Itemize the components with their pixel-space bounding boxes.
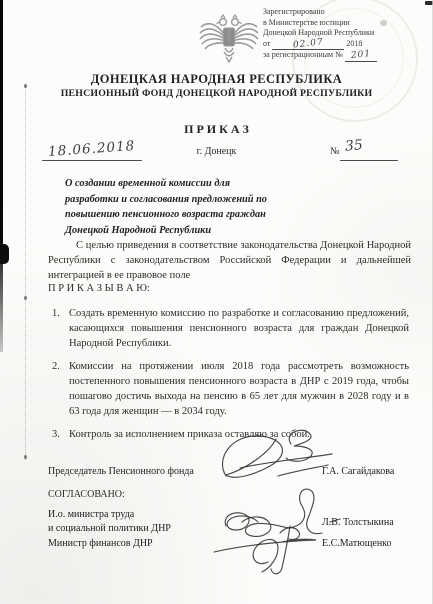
stamp-date-row: от 02.07 2018 bbox=[263, 39, 423, 51]
page-subtitle: ПЕНСИОННЫЙ ФОНД ДОНЕЦКОЙ НАРОДНОЙ РЕСПУБ… bbox=[0, 88, 433, 99]
page-title: ДОНЕЦКАЯ НАРОДНАЯ РЕСПУБЛИКА bbox=[0, 72, 433, 87]
order-item-number: 2. bbox=[52, 359, 69, 419]
stamp-date-year: 2018 bbox=[346, 39, 362, 48]
order-item: 1. Создать временную комиссию по разрабо… bbox=[52, 306, 409, 351]
decree-word: П Р И К А З Ы В А Ю: bbox=[48, 283, 150, 294]
stamp-reg-underline: 201 bbox=[345, 50, 377, 62]
fold-dot bbox=[24, 455, 27, 459]
stamp-reg-number-handwritten: 201 bbox=[350, 49, 371, 62]
minister-finance-label: Министр финансов ДНР bbox=[48, 538, 153, 549]
stamp-line-registered: Зарегистрировано bbox=[263, 7, 423, 18]
minister-labor-label-line1: И.о. министра труда bbox=[48, 508, 171, 522]
order-subject: О создании временной комиссии для разраб… bbox=[65, 176, 325, 238]
doc-type-heading: П Р И К А З bbox=[0, 122, 433, 137]
stamp-reg-prefix: за регистрационным № bbox=[263, 50, 343, 59]
order-preamble: С целью приведения в соответствие законо… bbox=[48, 238, 411, 283]
scan-artifact-left-blob bbox=[0, 244, 9, 264]
order-number-handwritten: 35 bbox=[344, 137, 363, 154]
stamp-line-republic: Донецкой Народной Республики bbox=[263, 28, 423, 39]
stamp-date-handwritten: 02.07 bbox=[293, 37, 325, 51]
order-subject-line: Донецкой Народной Республики bbox=[65, 223, 325, 239]
order-item-number: 1. bbox=[52, 306, 69, 351]
minister-labor-label: И.о. министра труда и социальной политик… bbox=[48, 508, 171, 536]
stamp-line-ministry: в Министерстве юстиции bbox=[263, 18, 423, 29]
order-subject-line: повышению пенсионного возраста граждан bbox=[65, 207, 325, 223]
order-item-number: 3. bbox=[52, 427, 69, 442]
agreed-label: СОГЛАСОВАНО: bbox=[48, 489, 125, 500]
signature-minister-finance bbox=[210, 520, 348, 585]
order-item-text: Комиссии на протяжении июля 2018 года ра… bbox=[69, 359, 409, 419]
fold-crease-line bbox=[25, 86, 26, 460]
order-city: г. Донецк bbox=[0, 146, 433, 157]
document-page: Зарегистрировано в Министерстве юстиции … bbox=[0, 0, 433, 604]
order-number-prefix: № bbox=[330, 146, 340, 157]
order-item: 2. Комиссии на протяжении июля 2018 года… bbox=[52, 359, 409, 419]
order-subject-line: разработки и согласования предложений по bbox=[65, 192, 325, 208]
minister-finance-name: Е.С.Матющенко bbox=[322, 538, 392, 549]
order-date-underline bbox=[42, 160, 142, 161]
order-subject-line: О создании временной комиссии для bbox=[65, 176, 325, 192]
chairman-label: Председатель Пенсионного фонда bbox=[48, 466, 194, 477]
scan-artifact-left-bar bbox=[0, 0, 3, 352]
stamp-date-prefix: от bbox=[263, 39, 270, 48]
stamp-date-underline: 02.07 bbox=[272, 39, 344, 51]
minister-labor-label-line2: и социальной политики ДНР bbox=[48, 522, 171, 536]
stamp-reg-row: за регистрационным № 201 bbox=[263, 50, 423, 62]
chairman-name: Г.А. Сагайдакова bbox=[322, 466, 394, 477]
fold-dot bbox=[24, 296, 27, 300]
dpr-coat-of-arms-icon bbox=[198, 13, 260, 72]
order-item-text: Создать временную комиссию по разработке… bbox=[69, 306, 409, 351]
registration-stamp: Зарегистрировано в Министерстве юстиции … bbox=[263, 7, 423, 62]
order-number-underline bbox=[340, 160, 398, 161]
